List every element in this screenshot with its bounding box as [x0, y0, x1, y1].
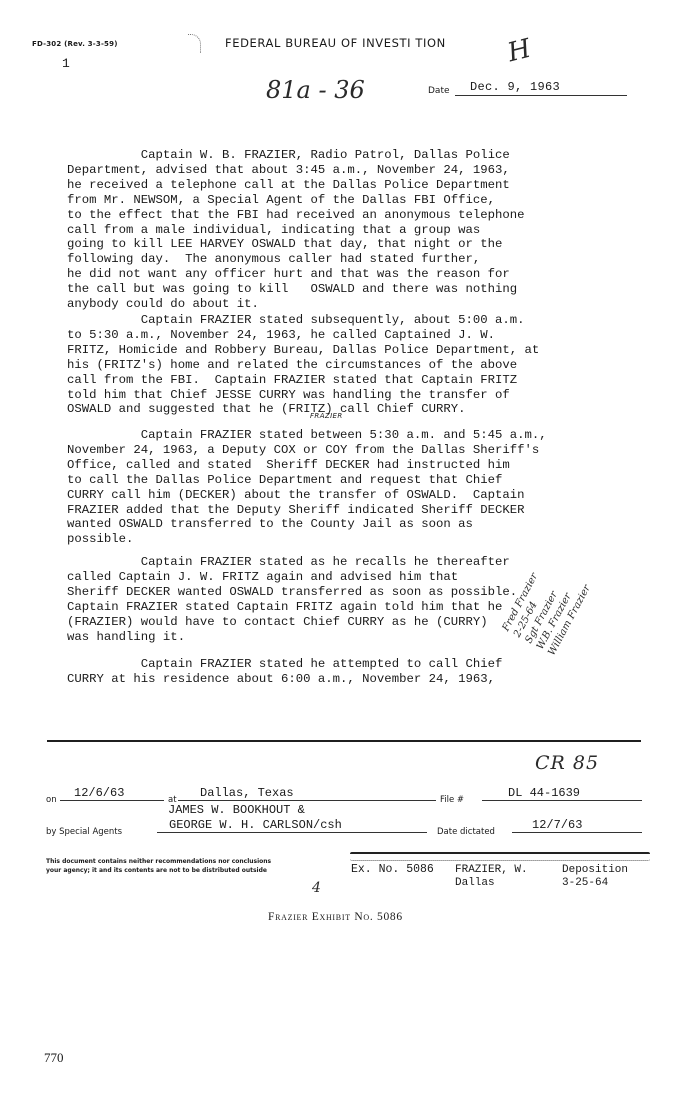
- handwritten-cr-number: CR 85: [535, 752, 599, 774]
- agency-title: FEDERAL BUREAU OF INVESTI TION: [225, 36, 446, 50]
- on-label: on: [46, 795, 57, 805]
- handwritten-mark: H: [505, 34, 534, 69]
- interlinear-correction: FRAZIER: [310, 412, 343, 420]
- paragraph-1: Captain W. B. FRAZIER, Radio Patrol, Dal…: [67, 148, 525, 312]
- footer-divider: [47, 740, 641, 742]
- page-sequence-number: 1: [62, 56, 70, 71]
- deposition-date: Deposition 3-25-64: [562, 864, 628, 890]
- handwritten-number: 4: [312, 880, 321, 896]
- paragraph-3: Captain FRAZIER stated between 5:30 a.m.…: [67, 428, 547, 547]
- file-number-value: DL 44-1639: [482, 786, 642, 801]
- location-value: Dallas, Texas: [178, 786, 436, 801]
- interview-date-value: 12/6/63: [60, 786, 164, 801]
- exhibit-stamp-border: [350, 852, 650, 861]
- agent-name-second: GEORGE W. H. CARLSON/csh: [157, 818, 427, 833]
- handwritten-serial: 81a - 36: [266, 76, 365, 104]
- form-id: FD-302 (Rev. 3-3-59): [32, 40, 118, 48]
- date-label: Date: [428, 86, 450, 96]
- witness-name: FRAZIER, W. Dallas: [455, 864, 528, 890]
- file-label: File #: [440, 795, 464, 805]
- volume-page-number: 770: [44, 1050, 64, 1066]
- dictated-date-value: 12/7/63: [512, 818, 642, 833]
- paragraph-5: Captain FRAZIER stated he attempted to c…: [67, 657, 502, 687]
- paragraph-4: Captain FRAZIER stated as he recalls he …: [67, 555, 517, 644]
- punch-mark: [188, 34, 201, 53]
- exhibit-caption: Frazier Exhibit No. 5086: [268, 911, 403, 923]
- date-value: Dec. 9, 1963: [455, 80, 627, 96]
- paragraph-2: Captain FRAZIER stated subsequently, abo…: [67, 313, 539, 417]
- agent-name-first: JAMES W. BOOKHOUT &: [168, 803, 305, 817]
- dictated-label: Date dictated: [437, 827, 495, 837]
- exhibit-number: Ex. No. 5086: [351, 863, 434, 876]
- disclaimer-text: This document contains neither recommend…: [46, 857, 271, 875]
- agent-label: by Special Agents: [46, 827, 122, 837]
